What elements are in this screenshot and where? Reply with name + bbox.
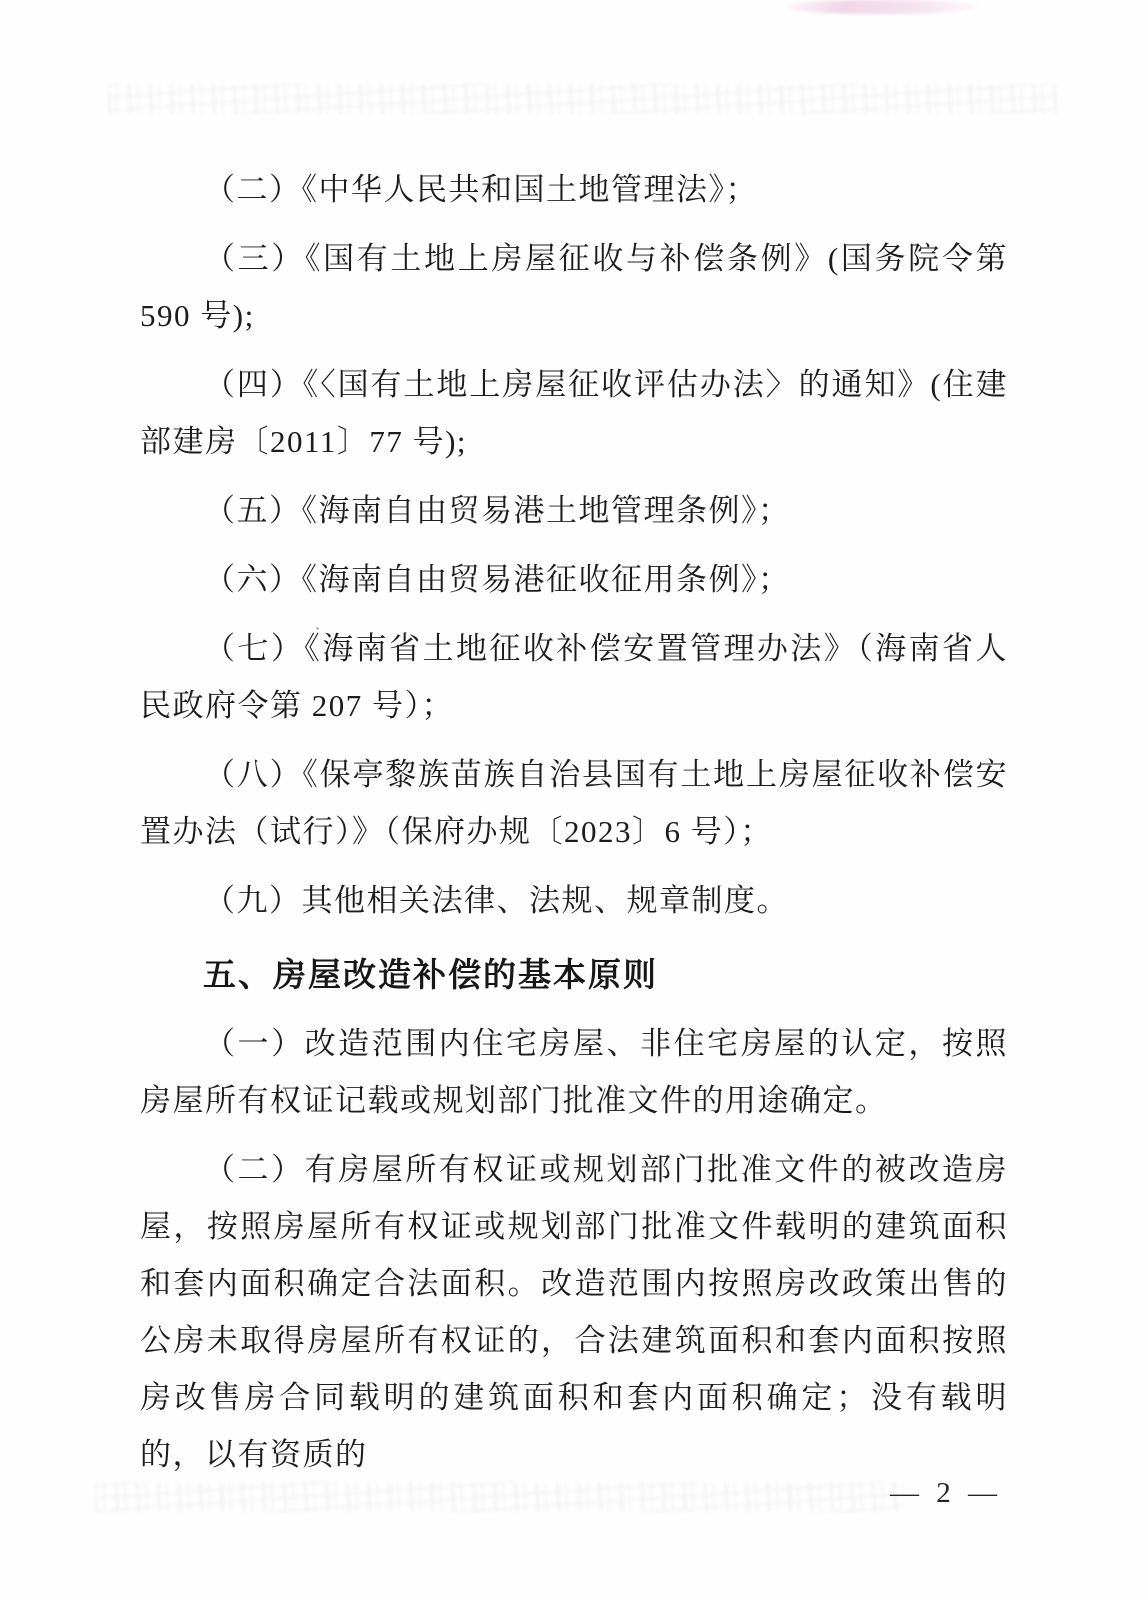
list-item-7: （七）《海南省土地征收补偿安置管理办法》（海南省人民政府令第 207 号）； (140, 620, 1008, 734)
ink-bleed-bottom (95, 1482, 903, 1512)
list-item-2: （二）《中华人民共和国土地管理法》； (140, 161, 1008, 218)
list-item-3: （三）《国有土地上房屋征收与补偿条例》(国务院令第 590 号); (140, 230, 1008, 344)
list-item-8: （八）《保亭黎族苗族自治县国有土地上房屋征收补偿安置办法（试行）》（保府办规〔2… (140, 746, 1008, 860)
section-paragraph-1: （一）改造范围内住宅房屋、非住宅房屋的认定，按照房屋所有权证记载或规划部门批准文… (140, 1015, 1008, 1129)
page-number: — 2 — (890, 1477, 1002, 1510)
list-item-4: （四）《〈国有土地上房屋征收评估办法〉的通知》(住建部建房〔2011〕77 号)… (140, 356, 1008, 470)
section-paragraph-2: （二）有房屋所有权证或规划部门批准文件的被改造房屋，按照房屋所有权证或规划部门批… (140, 1141, 1008, 1483)
list-item-6: （六）《海南自由贸易港征收征用条例》； (140, 551, 1008, 608)
document-body: （二）《中华人民共和国土地管理法》； （三）《国有土地上房屋征收与补偿条例》(国… (140, 161, 1008, 1483)
ink-bleed-top (108, 84, 1058, 114)
scanner-pink-smudge (786, 0, 978, 14)
section-heading: 五、房屋改造补偿的基本原则 (140, 946, 1008, 1003)
document-page: （二）《中华人民共和国土地管理法》； （三）《国有土地上房屋征收与补偿条例》(国… (0, 0, 1148, 1600)
list-item-9: （九）其他相关法律、法规、规章制度。 (140, 872, 1008, 929)
list-item-5: （五）《海南自由贸易港土地管理条例》； (140, 482, 1008, 539)
